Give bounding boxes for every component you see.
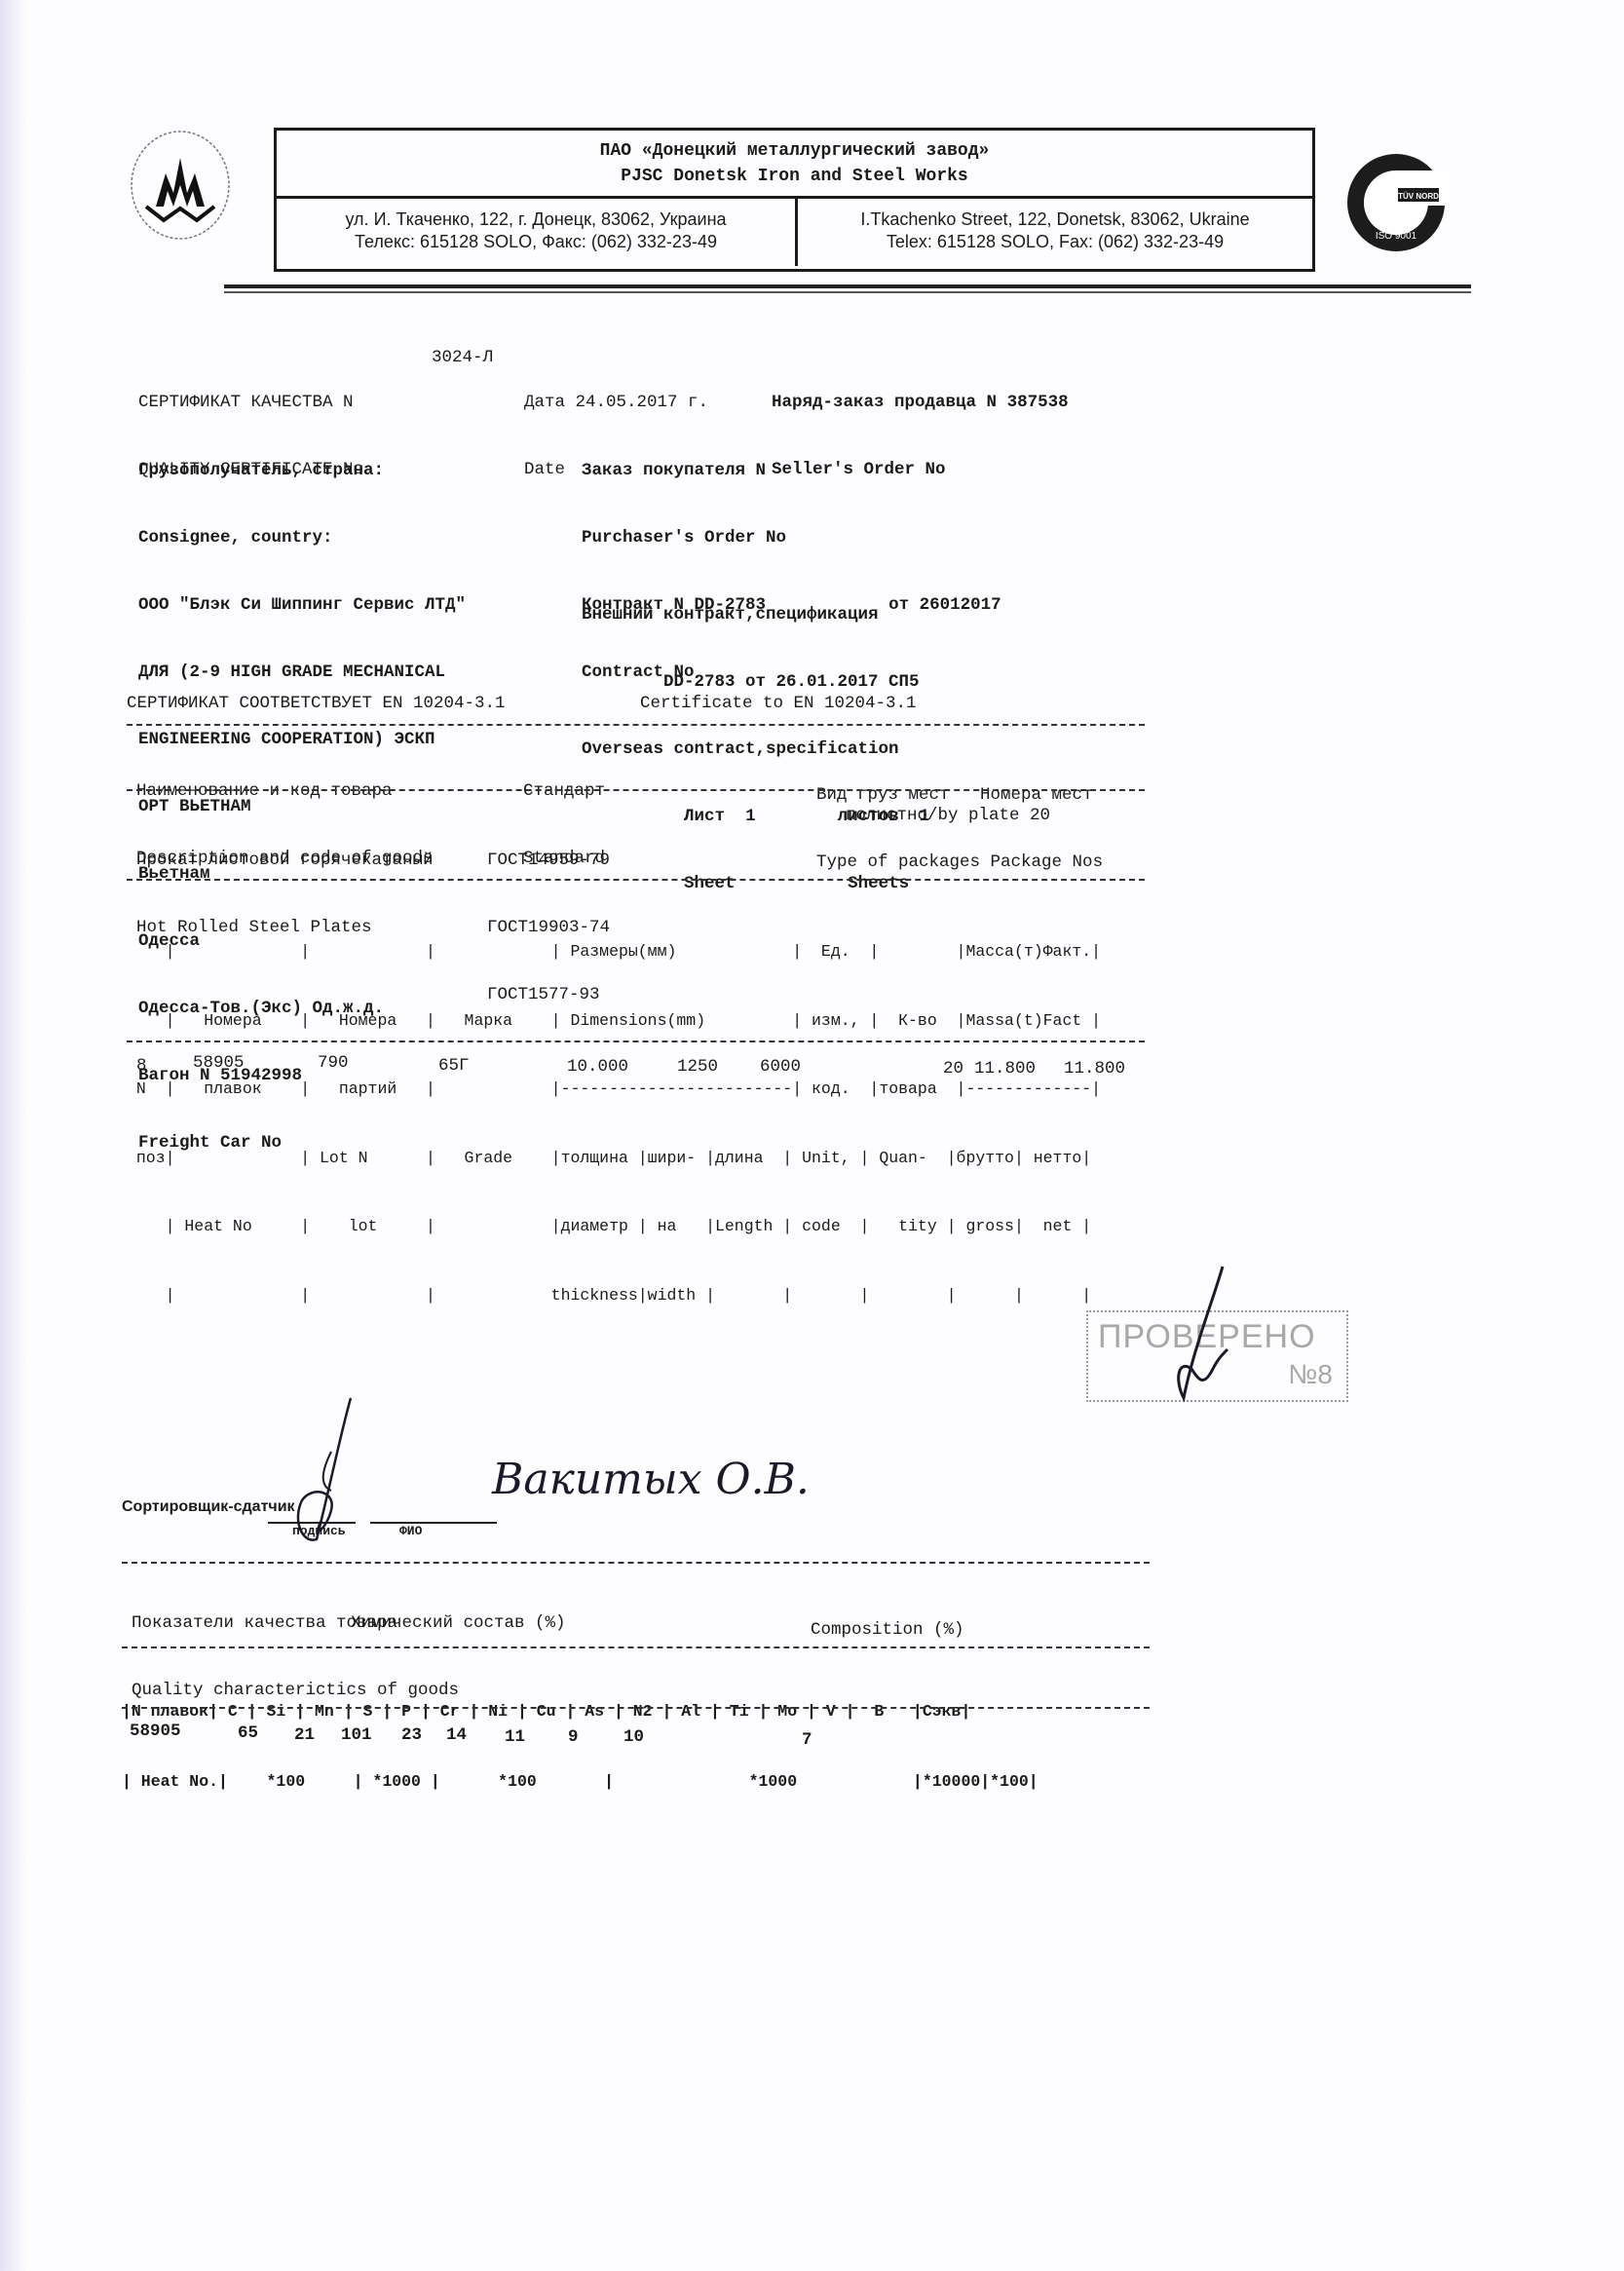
item-grade: 65Г (438, 1055, 470, 1078)
item-pos: 8 (136, 1055, 147, 1078)
chem-heat-no: 58905 (130, 1721, 181, 1743)
chem-mn: 101 (341, 1724, 372, 1747)
dmz-logo-icon (127, 127, 234, 244)
address-en-cell: I.Tkachenko Street, 122, Donetsk, 83062,… (798, 199, 1312, 266)
address-ru-cell: ул. И. Ткаченко, 122, г. Донецк, 83062, … (277, 199, 798, 266)
item-quantity: 20 (943, 1058, 963, 1080)
chem-si: 21 (294, 1724, 315, 1747)
chem-p: 14 (446, 1724, 467, 1747)
address-en: I.Tkachenko Street, 122, Donetsk, 83062,… (798, 208, 1312, 231)
item-net: 11.800 (1064, 1058, 1125, 1080)
item-length: 6000 (760, 1056, 801, 1079)
address-ru: ул. И. Ткаченко, 122, г. Донецк, 83062, … (277, 208, 795, 231)
divider (122, 1707, 1150, 1709)
sorter-name-handwritten: Вакитых О.В. (492, 1455, 810, 1504)
conformity-ru: СЕРТИФИКАТ СООТВЕТСТВУЕТ EN 10204-3.1 (127, 693, 506, 715)
chem-al: 7 (802, 1729, 812, 1752)
divider (122, 1646, 1150, 1648)
item-gross: 11.800 (974, 1058, 1036, 1080)
scan-edge-shadow (0, 0, 27, 2271)
inspector-signature-icon (1164, 1262, 1242, 1413)
chem-title-ru: Химический состав (%) (351, 1612, 566, 1635)
item-heat-no: 58905 (193, 1052, 245, 1075)
svg-text:TÜV NORD: TÜV NORD (1398, 192, 1439, 201)
divider (127, 1041, 1145, 1042)
divider (127, 879, 1145, 881)
header-rule (224, 284, 1471, 288)
chem-title-en: Composition (%) (811, 1619, 964, 1642)
conformity-en: Certificate to EN 10204-3.1 (640, 693, 917, 715)
item-width: 1250 (677, 1056, 718, 1079)
contacts-ru: Телекс: 615128 SOLO, Факс: (062) 332-23-… (277, 231, 795, 253)
company-header-box: ПАО «Донецкий металлургический завод» PJ… (274, 128, 1315, 272)
company-name-en: PJSC Donetsk Iron and Steel Works (277, 164, 1312, 189)
chem-ni: 9 (568, 1726, 579, 1749)
chem-c: 65 (238, 1722, 258, 1745)
chem-table-header: |N плавок| C | Si | Mn | S | P | Cr | Ni… (122, 1653, 1039, 1817)
svg-text:ISO 9001: ISO 9001 (1376, 231, 1417, 242)
goods-packaging: полистно/by plate 20 (846, 805, 1050, 827)
chem-s: 23 (401, 1724, 422, 1747)
divider (127, 789, 1145, 791)
item-lot: 790 (318, 1052, 349, 1075)
company-name-ru: ПАО «Донецкий металлургический завод» (277, 138, 1312, 164)
items-table-header: | | | | Размеры(мм) | Ед. | |Масса(т)Фак… (127, 894, 1101, 1330)
chem-cu: 10 (623, 1726, 644, 1749)
item-thickness: 10.000 (567, 1056, 628, 1079)
tuv-nord-iso-9001-icon: TÜV NORD ISO 9001 (1342, 149, 1450, 256)
header-rule-thin (224, 291, 1471, 293)
sorter-signature-icon (263, 1393, 477, 1564)
divider (127, 724, 1145, 726)
certificate-number: 3024-Л (432, 347, 493, 369)
divider (122, 1562, 1150, 1564)
chem-cr: 11 (505, 1726, 525, 1749)
contacts-en: Telex: 615128 SOLO, Fax: (062) 332-23-49 (798, 231, 1312, 253)
